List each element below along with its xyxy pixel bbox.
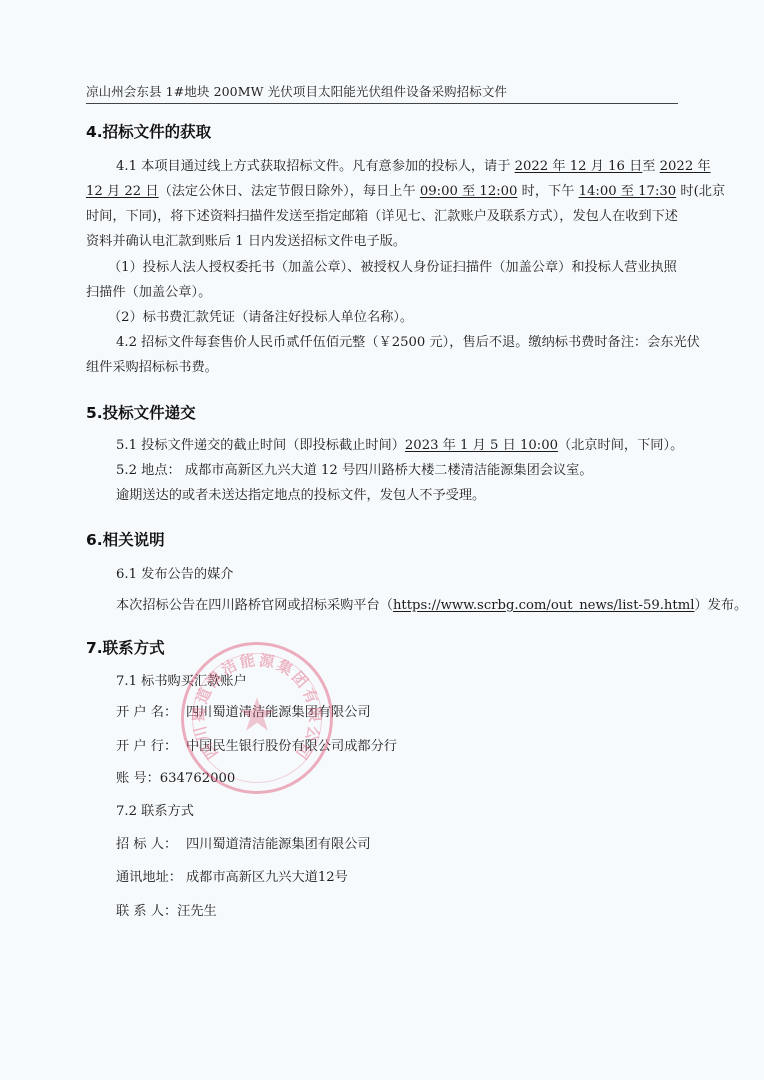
para-7-1: 7.1 标书购买汇款账户 bbox=[116, 673, 247, 691]
address-value: 成都市高新区九兴大道12号 bbox=[186, 870, 348, 885]
section-5-heading: 5.投标文件递交 bbox=[86, 403, 196, 423]
address-row: 通讯地址：成都市高新区九兴大道12号 bbox=[116, 869, 348, 887]
tenderer-label: 招 标 人： bbox=[116, 836, 186, 854]
am-time: 09:00 至 12:00 bbox=[420, 184, 518, 199]
section-4-heading: 4.招标文件的获取 bbox=[86, 122, 211, 142]
account-no-label: 账 号： bbox=[116, 771, 160, 786]
section-7-heading: 7.联系方式 bbox=[86, 638, 165, 658]
para-5-1-prefix: 5.1 投标文件递交的截止时间（即投标截止时间） bbox=[116, 438, 405, 453]
para-5-2: 5.2 地点： 成都市高新区九兴大道 12 号四川路桥大楼二楼清洁能源集团会议室… bbox=[116, 462, 593, 480]
media-line: 本次招标公告在四川路桥官网或招标采购平台（https://www.scrbg.c… bbox=[116, 597, 747, 615]
seal-char: 集 bbox=[273, 654, 296, 680]
date-end-year: 2022 年 bbox=[660, 159, 711, 174]
account-name-value: 四川蜀道清洁能源集团有限公司 bbox=[186, 705, 371, 720]
account-no-row: 账 号：634762000 bbox=[116, 770, 235, 788]
bank-value: 中国民生银行股份有限公司成都分行 bbox=[186, 739, 397, 754]
seal-char: 团 bbox=[287, 667, 313, 692]
para-5-1: 5.1 投标文件递交的截止时间（即投标截止时间）2023 年 1 月 5 日 1… bbox=[116, 437, 683, 455]
para-4-1-line4: 资料并确认电汇款到账后 1 日内发送招标文件电子版。 bbox=[86, 233, 406, 251]
account-name-row: 开 户 名：四川蜀道清洁能源集团有限公司 bbox=[116, 704, 371, 722]
running-header: 凉山州会东县 1#地块 200MW 光伏项目太阳能光伏组件设备采购招标文件 bbox=[86, 84, 678, 100]
pm-time: 14:00 至 17:30 bbox=[579, 184, 677, 199]
para-4-1-mid1: （法定公休日、法定节假日除外），每日上午 bbox=[159, 184, 420, 199]
item-1-line2: 扫描件（加盖公章）。 bbox=[86, 284, 211, 302]
media-suffix: ）发布。 bbox=[694, 598, 747, 613]
item-1-line1: （1）投标人法人授权委托书（加盖公章）、被授权人身份证扫描件（加盖公章）和投标人… bbox=[108, 259, 677, 277]
account-no-value: 634762000 bbox=[160, 771, 236, 786]
contact-row: 联 系 人：汪先生 bbox=[116, 903, 217, 921]
address-label: 通讯地址： bbox=[116, 869, 186, 887]
para-4-2-line1: 4.2 招标文件每套售价人民币贰仟伍佰元整（￥2500 元），售后不退。缴纳标书… bbox=[116, 334, 700, 352]
para-7-2: 7.2 联系方式 bbox=[116, 803, 194, 821]
late-submission-note: 逾期送达的或者未送达指定地点的投标文件，发包人不予受理。 bbox=[116, 487, 485, 505]
seal-char: 源 bbox=[258, 649, 276, 672]
para-4-1-mid3: 时(北京 bbox=[676, 184, 725, 199]
para-4-1-prefix: 4.1 本项目通过线上方式获取招标文件。凡有意参加的投标人，请于 bbox=[116, 159, 515, 174]
tenderer-row: 招 标 人：四川蜀道清洁能源集团有限公司 bbox=[116, 836, 371, 854]
media-prefix: 本次招标公告在四川路桥官网或招标采购平台（ bbox=[116, 598, 393, 613]
item-2: （2）标书费汇款凭证（请备注好投标人单位名称）。 bbox=[108, 309, 413, 327]
para-4-2-line2: 组件采购招标标书费。 bbox=[86, 359, 218, 377]
document-page: 凉山州会东县 1#地块 200MW 光伏项目太阳能光伏组件设备采购招标文件 4.… bbox=[0, 0, 764, 1080]
contact-value: 汪先生 bbox=[177, 904, 217, 919]
to-text: 至 bbox=[642, 159, 659, 174]
bank-row: 开 户 行：中国民生银行股份有限公司成都分行 bbox=[116, 738, 397, 756]
para-5-1-suffix: （北京时间，下同）。 bbox=[558, 438, 683, 453]
header-rule bbox=[86, 103, 678, 104]
date-end-day: 12 月 22 日 bbox=[86, 184, 159, 199]
account-name-label: 开 户 名： bbox=[116, 704, 186, 722]
seal-char: 能 bbox=[238, 649, 256, 672]
section-6-heading: 6.相关说明 bbox=[86, 530, 165, 550]
deadline: 2023 年 1 月 5 日 10:00 bbox=[405, 438, 558, 453]
para-4-1-line1: 4.1 本项目通过线上方式获取招标文件。凡有意参加的投标人，请于 2022 年 … bbox=[116, 158, 711, 176]
date-start: 2022 年 12 月 16 日 bbox=[515, 159, 643, 174]
para-6-1: 6.1 发布公告的媒介 bbox=[116, 566, 233, 584]
bank-label: 开 户 行： bbox=[116, 738, 186, 756]
para-4-1-line3: 时间，下同)，将下述资料扫描件发送至指定邮箱（详见七、汇款账户及联系方式），发包… bbox=[86, 208, 678, 226]
media-url-link[interactable]: https://www.scrbg.com/out_news/list-59.h… bbox=[393, 598, 695, 613]
tenderer-value: 四川蜀道清洁能源集团有限公司 bbox=[186, 837, 371, 852]
para-4-1-mid2: 时，下午 bbox=[517, 184, 578, 199]
contact-label: 联 系 人： bbox=[116, 904, 177, 919]
para-4-1-line2: 12 月 22 日（法定公休日、法定节假日除外），每日上午 09:00 至 12… bbox=[86, 183, 725, 201]
